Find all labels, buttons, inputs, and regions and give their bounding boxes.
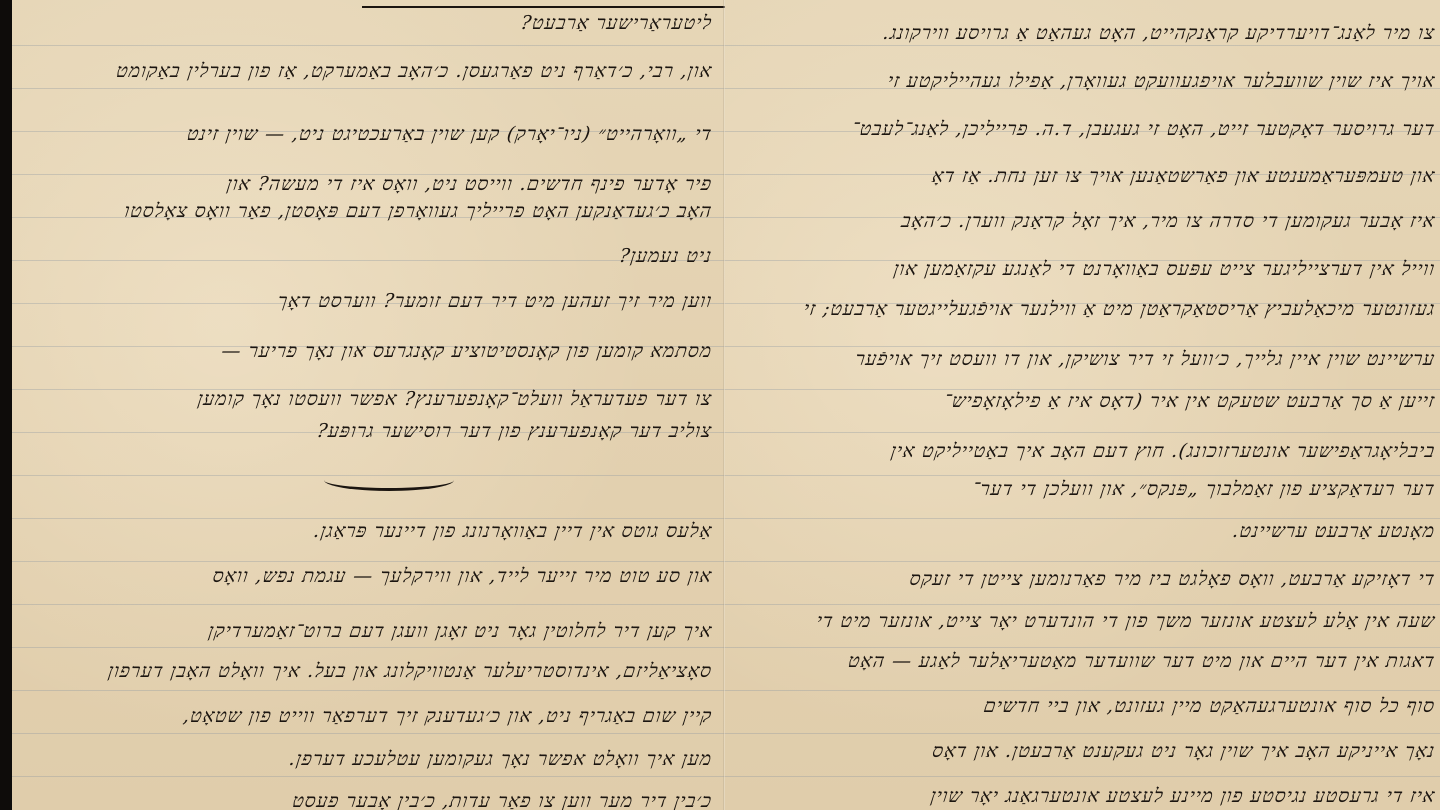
handwritten-line: סאָציאַליזם, אינדוסטריעלער אַנטוויקלונג … bbox=[20, 660, 713, 683]
scan-border bbox=[0, 0, 12, 810]
handwritten-line: פיר אָדער פינף חדשים. ווייסט ניט, וואָס … bbox=[40, 173, 713, 196]
handwritten-line: און טעמפּעראַמענטע און פאַרשטאַנען אויך … bbox=[743, 165, 1436, 188]
handwritten-line: ערשיינט שוין איין גלייך, כ׳וועל זי דיר צ… bbox=[733, 348, 1436, 371]
right-page-text: צו מיר לאַנג־דויערדיקע קראַנקהייט, האָט … bbox=[725, 0, 1440, 810]
handwritten-line: אויך איז שוין שוועבלער אויפגעוועקט געווא… bbox=[743, 70, 1436, 93]
handwritten-line: האָב כ׳געדאַנקען האָט פרייליך געוואָרפן … bbox=[30, 200, 713, 223]
handwritten-line: איז אָבער געקומען די סדרה צו מיר, איך זא… bbox=[743, 210, 1436, 233]
handwritten-line: סוף כל סוף אונטערגעהאַקט מיין געזונט, או… bbox=[743, 695, 1436, 718]
handwritten-line: זייען אַ סך אַרבעט שטעקט אין איר (דאָס א… bbox=[743, 390, 1436, 413]
handwritten-line: מאָנטע אַרבעט ערשיינט. bbox=[1203, 520, 1436, 543]
handwritten-line: און, רבי, כ׳דאַרף ניט פאַרגעסן. כ׳האָב ב… bbox=[30, 60, 713, 83]
handwritten-line: דער רעדאַקציע פון זאַמלבוך „פּנקס״, און … bbox=[753, 478, 1436, 501]
handwritten-line: כ׳בין דיר מער ווען צו פאַר עדות, כ׳בין א… bbox=[130, 790, 713, 810]
handwritten-line: צוליב דער קאָנפערענץ פון דער רוסישער גרו… bbox=[130, 420, 713, 443]
handwritten-line: איז די גרעסטע נגיסטע פון מיינע לעצטע אונ… bbox=[743, 785, 1436, 808]
handwritten-line: ליטעראַרישער אַרבעט? bbox=[450, 12, 713, 35]
handwritten-line: צו דער פעדעראַל וועלט־קאָנפערענץ? אפשר ו… bbox=[30, 388, 713, 411]
handwritten-line: מען איך וואָלט אפשר נאָך געקומען עטלעכע … bbox=[170, 748, 713, 771]
handwritten-line: ווייל אין דערצייליגער צייט עפּעס באַוואָ… bbox=[743, 258, 1436, 281]
handwritten-line: צו מיר לאַנג־דויערדיקע קראַנקהייט, האָט … bbox=[753, 22, 1436, 45]
handwritten-line: געזונטער מיכאַלעביץ אַריסטאַקראַטן מיט א… bbox=[743, 298, 1436, 321]
handwritten-line: און סע טוט מיר זייער לייד, און ווירקלעך … bbox=[30, 565, 713, 588]
handwritten-line: די דאָזיקע אַרבעט, וואָס פאָלגט ביז מיר … bbox=[753, 568, 1436, 591]
handwritten-line: קיין שום באַגריף ניט, און כ׳געדענק זיך ד… bbox=[30, 705, 713, 728]
handwritten-line: ווען מיר זיך זעהען מיט דיר דעם זומער? וו… bbox=[30, 290, 713, 313]
handwritten-line: דאגות אין דער היים און מיט דער שוועדער מ… bbox=[743, 650, 1436, 673]
scanned-letter: ליטעראַרישער אַרבעט?און, רבי, כ׳דאַרף ני… bbox=[0, 0, 1440, 810]
handwritten-line: נאָך אייניקע האָב איך שוין גאָר ניט געקע… bbox=[743, 740, 1436, 763]
handwritten-line: איך קען דיר לחלוטין גאָר ניט זאָגן וועגן… bbox=[20, 620, 713, 643]
left-page-text: ליטעראַרישער אַרבעט?און, רבי, כ׳דאַרף ני… bbox=[12, 0, 725, 810]
handwritten-line: אַלעס גוטס אין דיין באַוואָרנונג פון דיי… bbox=[210, 520, 713, 543]
handwritten-line: ניט נעמען? bbox=[570, 245, 713, 268]
handwritten-line: שעה אין אַלע לעצטע אונזער משך פון די הונ… bbox=[743, 610, 1436, 633]
handwritten-line: די „וואָרהייט״ (ניו־יאָרק) קען שוין באַר… bbox=[40, 123, 713, 146]
handwritten-line: מסתמא קומען פון קאָנסטיטוציע קאָנגרעס או… bbox=[50, 340, 713, 363]
handwritten-line: ביבליאָגראַפישער אונטערזוכונג). חוץ דעם … bbox=[743, 440, 1436, 463]
left-page: ליטעראַרישער אַרבעט?און, רבי, כ׳דאַרף ני… bbox=[12, 0, 725, 810]
right-page: צו מיר לאַנג־דויערדיקע קראַנקהייט, האָט … bbox=[725, 0, 1440, 810]
handwritten-line: דער גרויסער דאָקטער זייט, האָט זי געגעבן… bbox=[743, 118, 1436, 141]
